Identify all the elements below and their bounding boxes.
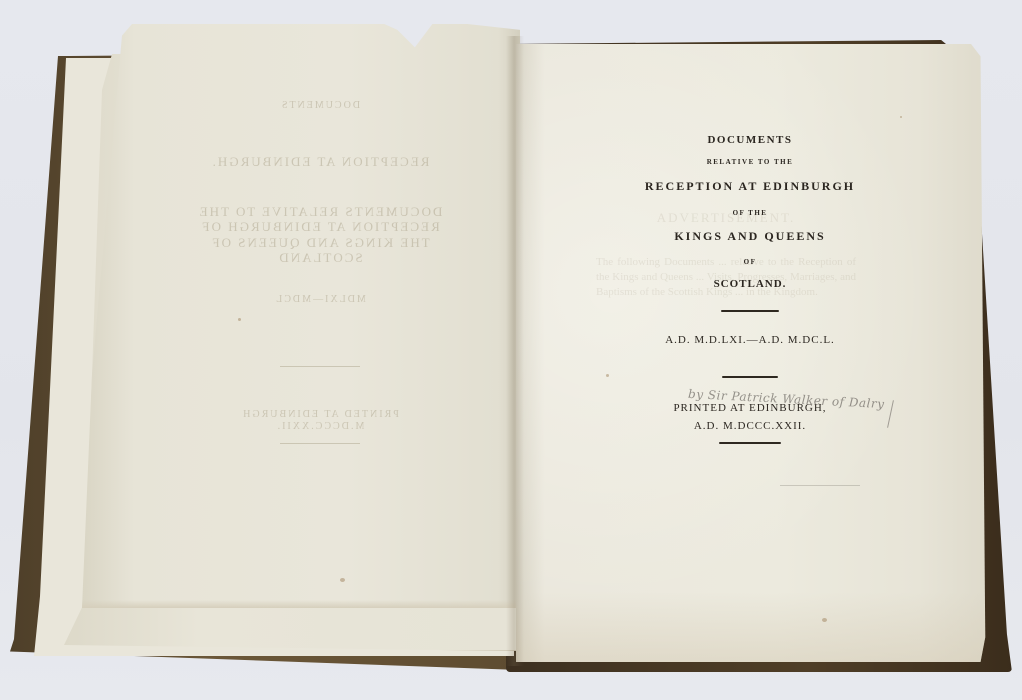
foxing-spot (340, 578, 345, 582)
imprint-date: A.D. M.DCCC.XXII. (600, 420, 900, 432)
ghost-line: DOCUMENTS RELATIVE TO THE (170, 204, 470, 220)
ghost-line: THE KINGS AND QUEENS OF (170, 235, 470, 251)
title-reception-at-edinburgh: RECEPTION AT EDINBURGH (600, 179, 900, 194)
title-date-range: A.D. M.D.LXI.—A.D. M.DC.L. (600, 334, 900, 346)
ghost-rule (280, 366, 360, 367)
foxing-spot (822, 618, 827, 622)
photo-scene: DOCUMENTS RECEPTION AT EDINBURGH. DOCUME… (0, 0, 1022, 700)
ghost-line: SCOTLAND (170, 250, 470, 266)
faint-signature-line (780, 485, 860, 486)
book-gutter (506, 36, 524, 666)
foxing-spot (238, 318, 241, 321)
title-documents: DOCUMENTS (600, 134, 900, 146)
foxing-spot (900, 116, 902, 118)
title-of: OF (600, 258, 900, 266)
title-relative-to-the: RELATIVE TO THE (600, 158, 900, 166)
ghost-line: M.DCCC.XXII. (170, 421, 470, 433)
title-kings-and-queens: KINGS AND QUEENS (600, 229, 900, 244)
ghost-rule (280, 443, 360, 444)
foxing-spot (606, 374, 609, 377)
ghost-line: MDLXI—MDCL (170, 294, 470, 306)
title-scotland: SCOTLAND. (600, 278, 900, 290)
ghost-line: RECEPTION AT EDINBURGH. (170, 154, 470, 170)
title-rule (721, 310, 779, 312)
left-page-bleed-through: DOCUMENTS RECEPTION AT EDINBURGH. DOCUME… (170, 100, 470, 454)
title-of-the: OF THE (600, 209, 900, 217)
title-rule (719, 442, 781, 444)
ghost-line: RECEPTION AT EDINBURGH OF (170, 219, 470, 235)
ghost-line: PRINTED AT EDINBURGH (170, 409, 470, 421)
title-rule (722, 376, 778, 378)
ghost-line: DOCUMENTS (170, 100, 470, 112)
